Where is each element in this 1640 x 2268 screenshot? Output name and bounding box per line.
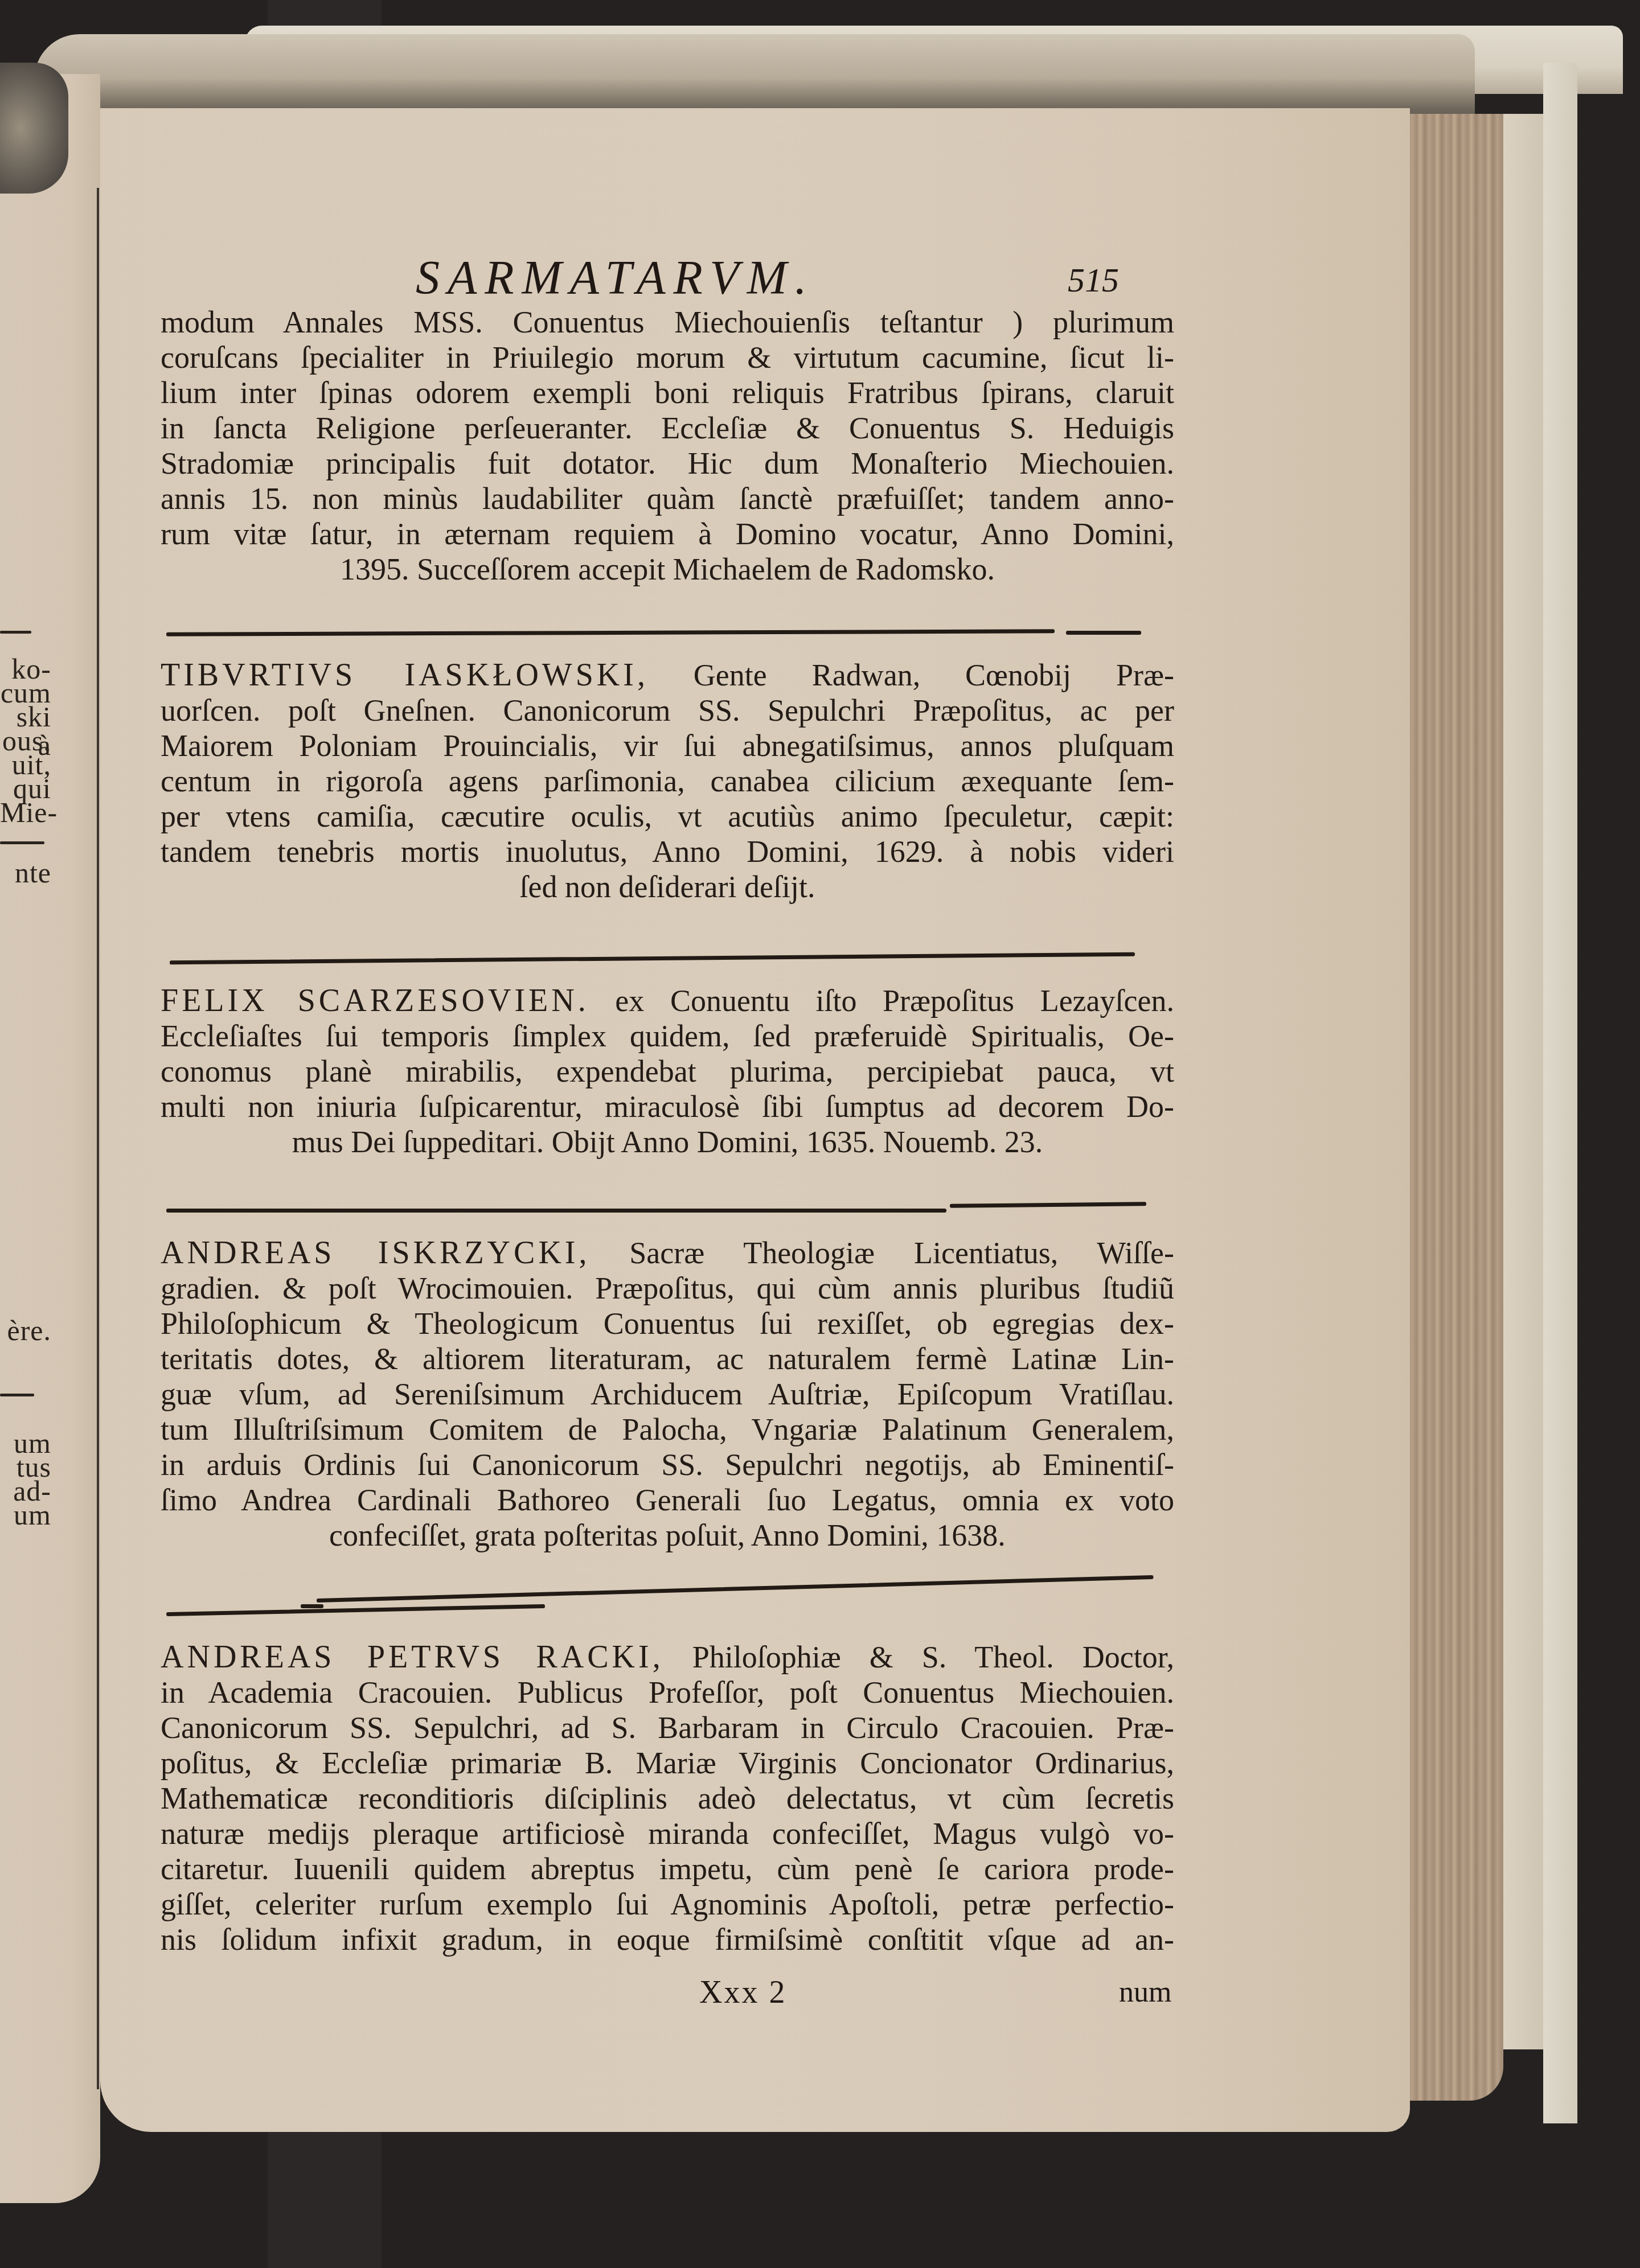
text-segment: Gente Radwan, Cœnobij Præ-	[694, 658, 1174, 692]
text-line: FELIX SCARZESOVIEN. ex Conuentu iſto Præ…	[161, 983, 1174, 1018]
text-line: ſed non deſiderari deſijt.	[161, 869, 1174, 905]
text-line: nis ſolidum infixit gradum, in eoque fir…	[161, 1922, 1174, 1957]
paragraph-iskrzycki: ANDREAS ISKRZYCKI, Sacræ Theologiæ Licen…	[161, 1235, 1174, 1553]
text-line: Maiorem Poloniam Prouincialis, vir ſui a…	[161, 728, 1174, 763]
text-line: citaretur. Iuuenili quidem abreptus impe…	[161, 1851, 1174, 1887]
text-line: modum Annales MSS. Conuentus Miechouienſ…	[161, 305, 1174, 340]
left-page-fragment: um	[0, 1501, 51, 1529]
text-segment: ex Conuentu iſto Præpoſitus Lezayſcen.	[615, 984, 1174, 1018]
text-line: Canonicorum SS. Sepulchri, ad S. Barbara…	[161, 1710, 1174, 1745]
catchword: num	[1119, 1975, 1171, 2009]
gutter	[97, 188, 99, 2089]
section-rule	[1066, 631, 1141, 635]
left-rule	[0, 1394, 34, 1396]
fore-edge-outer	[1498, 114, 1543, 2049]
text-line: Stradomiæ principalis fuit dotator. Hic …	[161, 446, 1174, 481]
left-page	[0, 74, 100, 2203]
paragraph-racki: ANDREAS PETRVS RACKI, Philoſophiæ & S. T…	[161, 1640, 1174, 1957]
running-head-title: SARMATARVM.	[416, 250, 815, 306]
text-line: confeciſſet, grata poſteritas poſuit, An…	[161, 1518, 1174, 1553]
text-line: rum vitæ ſatur, in æternam requiem à Dom…	[161, 516, 1174, 552]
person-name: TIBVRTIVS IASKŁOWSKI,	[161, 658, 649, 693]
text-line: ſimo Andrea Cardinali Bathoreo Generali …	[161, 1482, 1174, 1518]
text-line: conomus planè mirabilis, expendebat plur…	[161, 1054, 1174, 1089]
text-segment: Philoſophiæ & S. Theol. Doctor,	[692, 1640, 1174, 1674]
text-line: mus Dei ſuppeditari. Obijt Anno Domini, …	[161, 1124, 1174, 1160]
left-page-curl	[0, 63, 68, 194]
paragraph-felix: FELIX SCARZESOVIEN. ex Conuentu iſto Præ…	[161, 983, 1174, 1160]
page-number: 515	[1068, 261, 1119, 300]
text-line: Eccleſiaſtes ſui temporis ſimplex quidem…	[161, 1018, 1174, 1054]
paragraph-continuation: modum Annales MSS. Conuentus Miechouienſ…	[161, 305, 1174, 587]
person-name: ANDREAS PETRVS RACKI,	[161, 1640, 664, 1675]
text-line: gradien. & poſt Wrocimouien. Præpoſitus,…	[161, 1271, 1174, 1306]
text-line: Philoſophicum & Theologicum Conuentus ſu…	[161, 1306, 1174, 1341]
section-rule	[301, 1604, 323, 1608]
section-rule	[166, 1209, 946, 1213]
text-line: poſitus, & Eccleſiæ primariæ B. Mariæ Vi…	[161, 1745, 1174, 1781]
text-line: lium inter ſpinas odorem exempli boni re…	[161, 375, 1174, 410]
left-page-fragment: nte	[0, 858, 51, 887]
text-line: guæ vſum, ad Sereniſsimum Archiducem Auſ…	[161, 1377, 1174, 1412]
text-line: multi non iniuria ſuſpicarentur, miracul…	[161, 1089, 1174, 1124]
text-line: naturæ medijs pleraque artificiosè miran…	[161, 1816, 1174, 1851]
paragraph-tiburtius: TIBVRTIVS IASKŁOWSKI, Gente Radwan, Cœno…	[161, 658, 1174, 905]
text-line: uorſcen. poſt Gneſnen. Canonicorum SS. S…	[161, 693, 1174, 728]
text-line: per vtens camiſia, cæcutire oculis, vt a…	[161, 799, 1174, 834]
signature-mark: Xxx 2	[699, 1974, 786, 2011]
left-rule	[0, 841, 44, 844]
text-line: TIBVRTIVS IASKŁOWSKI, Gente Radwan, Cœno…	[161, 658, 1174, 693]
left-rule	[0, 631, 31, 634]
text-line: 1395. Succeſſorem accepit Michaelem de R…	[161, 552, 1174, 587]
person-name: ANDREAS ISKRZYCKI,	[161, 1235, 590, 1271]
text-line: in Academia Cracouien. Publicus Profeſſo…	[161, 1675, 1174, 1710]
text-line: tandem tenebris mortis inuolutus, Anno D…	[161, 834, 1174, 869]
text-line: giſſet, celeriter rurſum exemplo ſui Agn…	[161, 1887, 1174, 1922]
text-line: centum in rigoroſa agens parſimonia, can…	[161, 763, 1174, 799]
text-line: annis 15. non minùs laudabiliter quàm ſa…	[161, 481, 1174, 516]
left-page-fragment: Mie-	[0, 798, 51, 827]
left-page-fragment: ère.	[0, 1316, 51, 1345]
text-line: Mathematicæ reconditioris diſciplinis ad…	[161, 1781, 1174, 1816]
text-segment: Sacræ Theologiæ Licentiatus, Wiſſe-	[629, 1236, 1174, 1270]
text-line: in arduis Ordinis ſui Canonicorum SS. Se…	[161, 1447, 1174, 1482]
text-line: ANDREAS PETRVS RACKI, Philoſophiæ & S. T…	[161, 1640, 1174, 1675]
text-line: tum Illuſtriſsimum Comitem de Palocha, V…	[161, 1412, 1174, 1447]
text-line: teritatis dotes, & altiorem literaturam,…	[161, 1341, 1174, 1377]
cover-edge	[1543, 63, 1577, 2123]
text-line: in ſancta Religione perſeueranter. Eccle…	[161, 410, 1174, 446]
text-line: ANDREAS ISKRZYCKI, Sacræ Theologiæ Licen…	[161, 1235, 1174, 1271]
person-name: FELIX SCARZESOVIEN.	[161, 983, 589, 1018]
text-line: coruſcans ſpecialiter in Priuilegio moru…	[161, 340, 1174, 375]
